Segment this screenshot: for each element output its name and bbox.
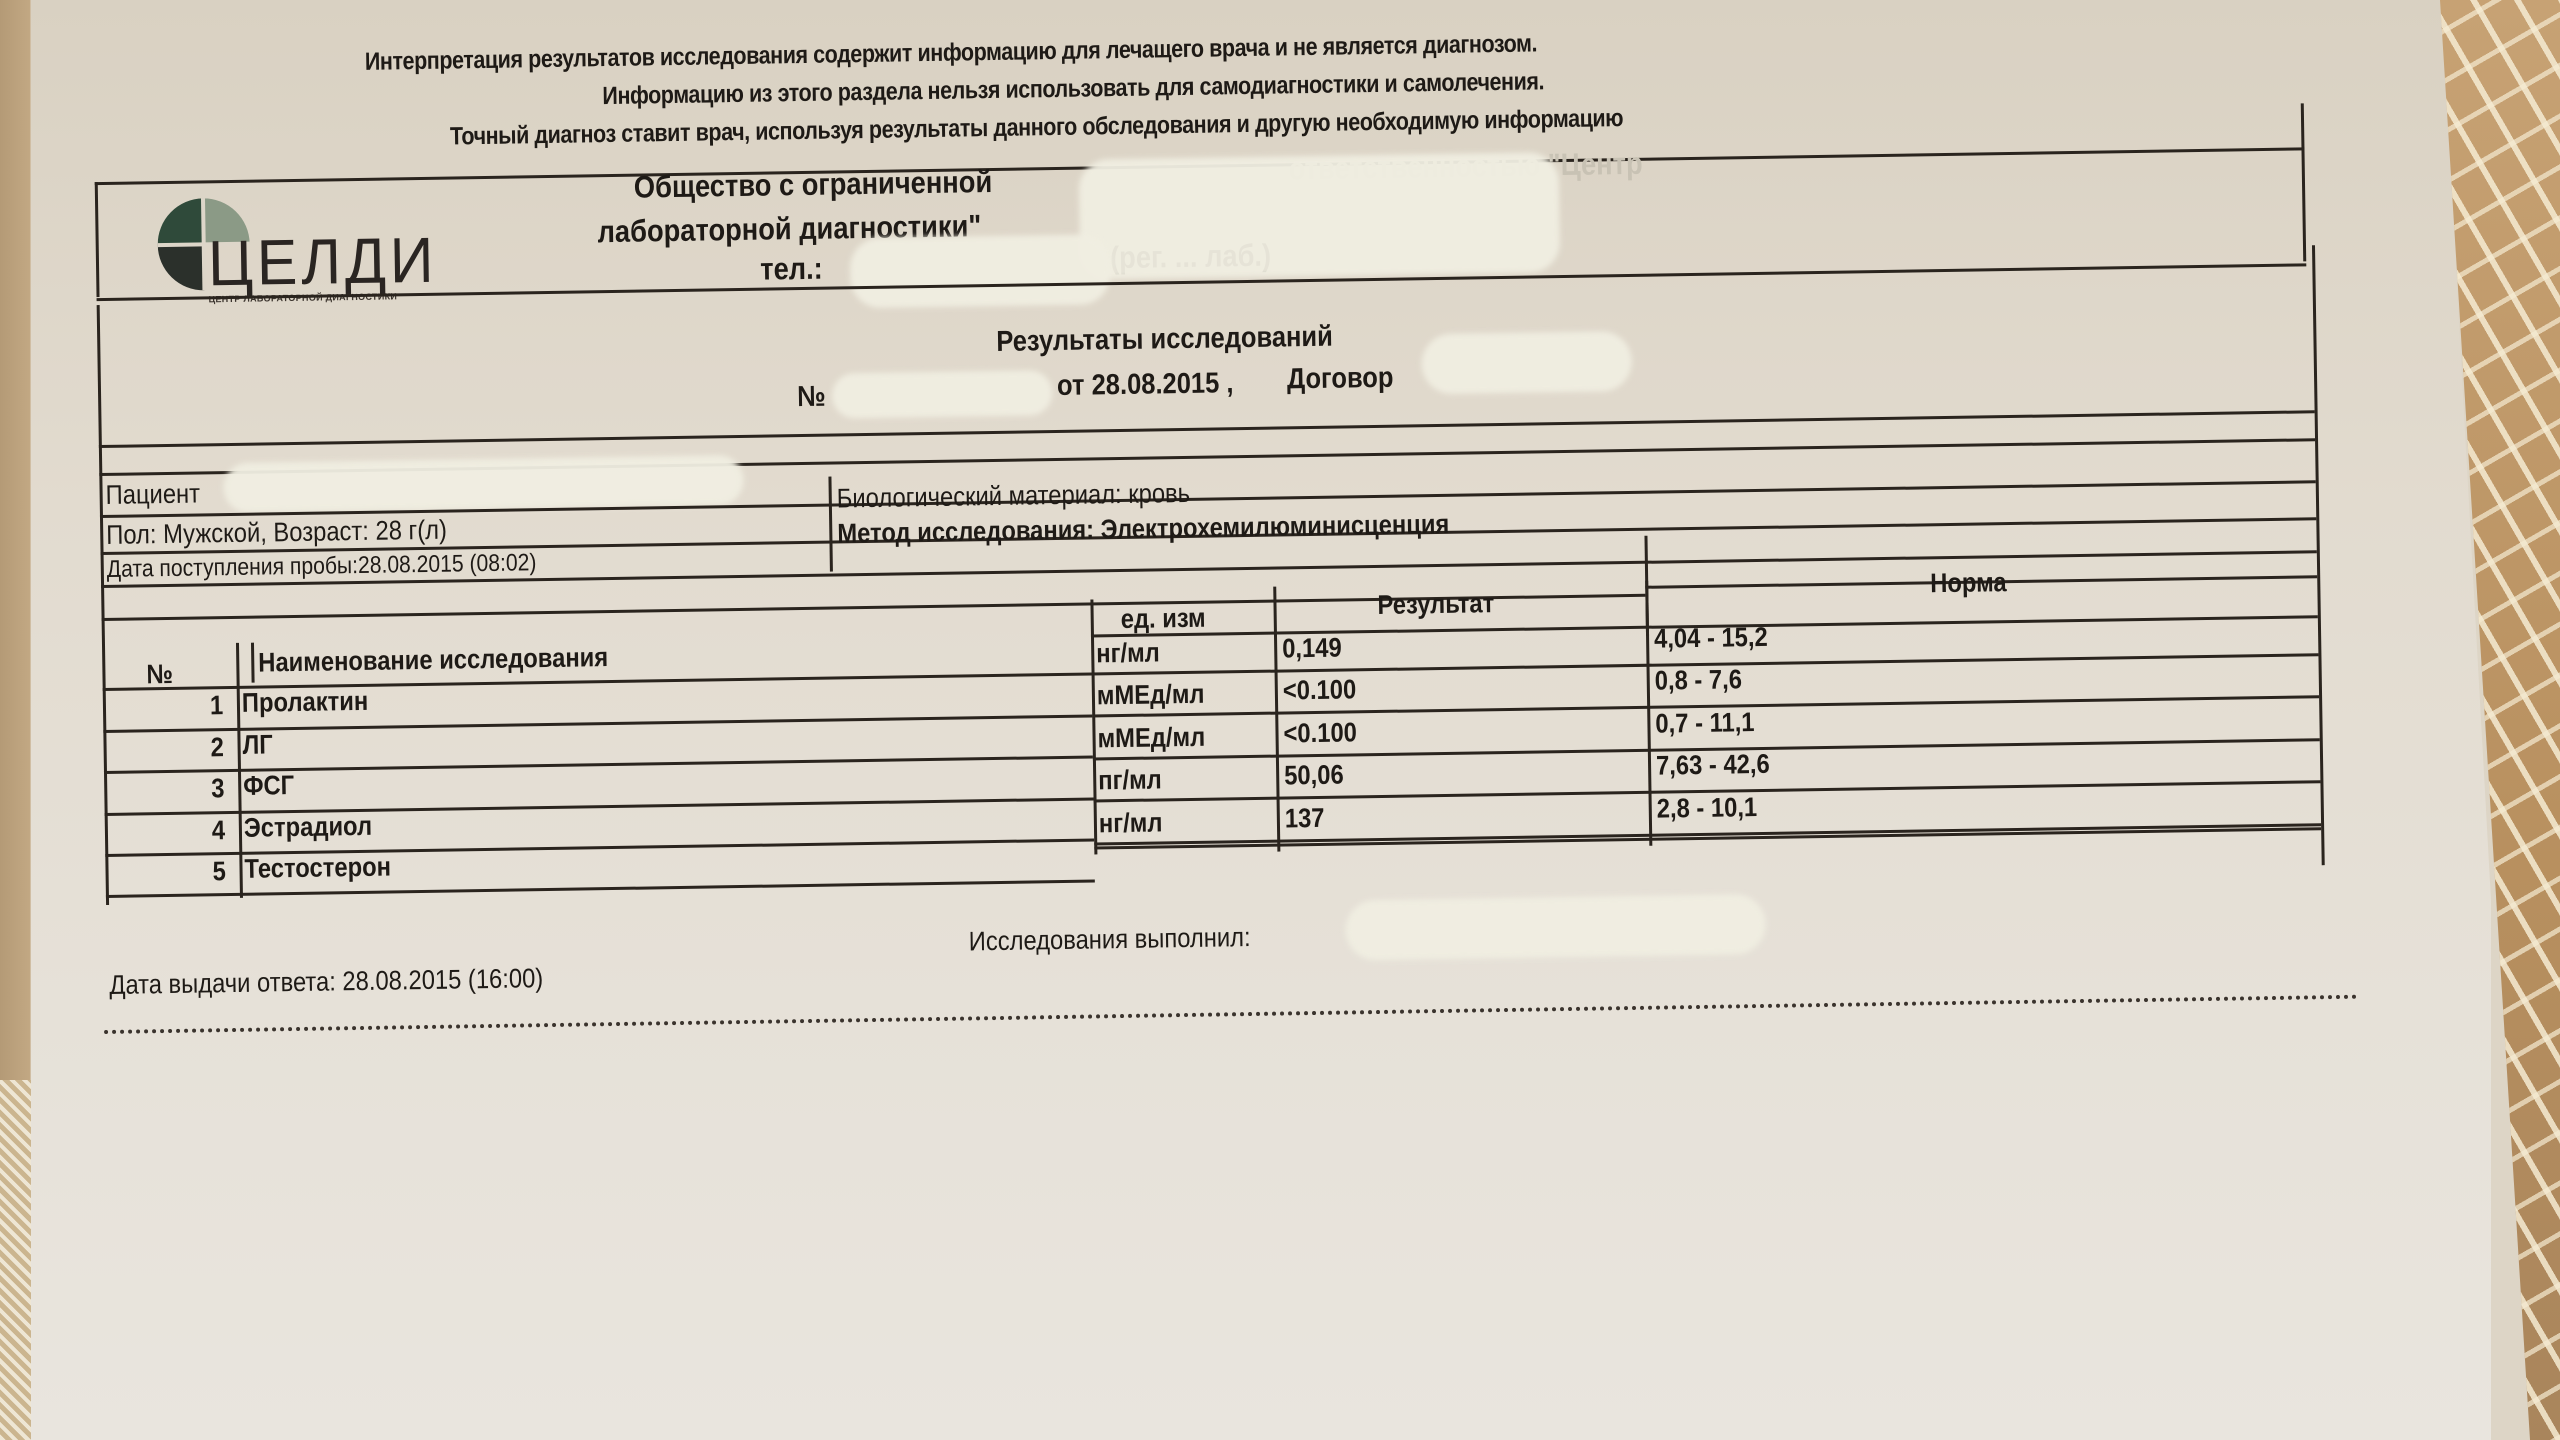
row-norm: 2,8 - 10,1 (1657, 792, 1758, 825)
row-result: 137 (1285, 802, 1325, 834)
row-result: <0.100 (1283, 675, 1357, 707)
footer-dotted-line (104, 995, 2359, 1034)
row-unit: нг/мл (1099, 807, 1163, 839)
row-name: Тестостерон (244, 852, 391, 885)
row-result: 50,06 (1284, 760, 1344, 792)
row-name: ФСГ (243, 770, 294, 802)
logo-text: ЦЕЛДИ (207, 223, 437, 301)
issue-date: Дата выдачи ответа: 28.08.2015 (16:00) (109, 963, 543, 1001)
redaction-performer (1345, 894, 1766, 961)
org-name-line-1a: Общество с ограниченной (634, 164, 993, 206)
disclaimer-line-2: Информацию из этого раздела нельзя испол… (602, 67, 1544, 111)
th-name: Наименование исследования (258, 642, 608, 678)
results-number-label: № (797, 381, 826, 414)
row-unit: мМЕд/мл (1097, 722, 1205, 755)
redaction-number (832, 370, 1053, 418)
results-divider-1 (99, 410, 2315, 448)
table-right-border (2312, 245, 2325, 865)
sex-age: Пол: Мужской, Возраст: 28 г(л) (106, 515, 447, 551)
patient-col-divider (828, 477, 832, 572)
row-norm: 4,04 - 15,2 (1654, 622, 1768, 655)
results-title: Результаты исследований (996, 321, 1333, 359)
lab-report: Интерпретация результатов исследования с… (0, 0, 2560, 1440)
row-unit: нг/мл (1096, 637, 1160, 669)
redaction-org (1078, 152, 1560, 280)
row-num: 2 (210, 732, 224, 763)
row-unit: пг/мл (1098, 765, 1162, 797)
th-norm: Норма (1930, 567, 2007, 599)
row-name: Пролактин (242, 686, 369, 719)
results-table-body: 1Пролактиннг/мл0,1494,04 - 15,22ЛГмМЕд/м… (0, 0, 2546, 2)
result-col-left (1273, 587, 1280, 852)
redaction-phone (850, 234, 1111, 308)
performed-by-label: Исследования выполнил: (969, 922, 1251, 957)
th-unit: ед. изм (1120, 603, 1205, 635)
th-num: № (146, 659, 173, 690)
celdi-logo: ЦЕЛДИ ЦЕНТР ЛАБОРАТОРНОЙ ДИАГНОСТИКИ (157, 194, 459, 309)
disclaimer-line-3: Точный диагноз ставит врач, используя ре… (450, 104, 1624, 151)
method: Метод исследования: Электрохемилюминисце… (837, 509, 1449, 550)
row-num: 5 (212, 856, 226, 887)
bio-material: Биологический материал: кровь (837, 478, 1191, 515)
patient-label: Пациент (105, 478, 200, 510)
row-unit: мМЕд/мл (1097, 679, 1205, 712)
results-date: от 28.08.2015 , (1057, 367, 1234, 403)
phone-label: тел.: (760, 251, 823, 288)
header-left-border (95, 182, 100, 297)
row-name: Эстрадиол (244, 810, 373, 843)
header-right-border (2301, 103, 2306, 261)
norm-col-left (1645, 581, 1652, 846)
redaction-contract (1421, 331, 1632, 394)
row-result: <0.100 (1283, 717, 1357, 749)
row-num: 3 (211, 773, 225, 804)
row-num: 4 (212, 815, 226, 846)
row-result: 0,149 (1282, 633, 1342, 665)
redaction-patient (223, 455, 744, 513)
row-name: ЛГ (242, 729, 273, 760)
name-col-left-double (251, 643, 255, 683)
th-result: Результат (1377, 588, 1494, 621)
row-norm: 0,8 - 7,6 (1655, 665, 1743, 697)
row-num: 1 (210, 690, 224, 721)
row-norm: 0,7 - 11,1 (1655, 707, 1755, 740)
contract-label: Договор (1287, 362, 1394, 397)
row-norm: 7,63 - 42,6 (1656, 749, 1770, 782)
